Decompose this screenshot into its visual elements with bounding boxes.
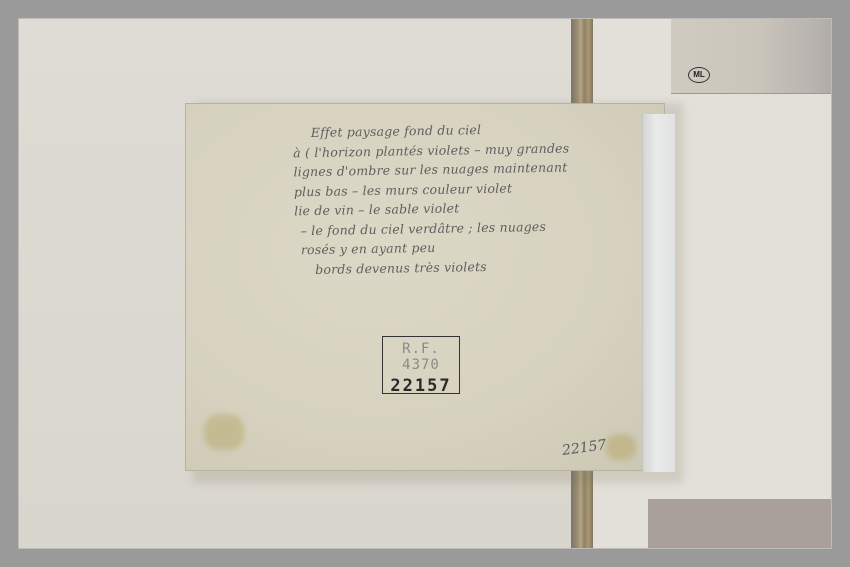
drawing-sheet-verso: Effet paysage fond du ciel à ( l'horizon… (185, 103, 665, 471)
photo-frame: ML Effet paysage fond du ciel à ( l'hori… (18, 18, 832, 549)
collection-mark-stamp: ML (688, 67, 710, 83)
stamp-inventory-number: 22157 (383, 376, 459, 396)
foxing-stain (204, 414, 244, 450)
pencil-inventory-number: 22157 (561, 437, 607, 459)
adjacent-drawing-bottom (648, 499, 832, 549)
handwritten-notes: Effet paysage fond du ciel à ( l'horizon… (293, 117, 676, 280)
adjacent-drawing-top (671, 19, 832, 94)
foxing-stain (606, 434, 636, 460)
inventory-stamp: R.F. 4370 22157 (382, 336, 460, 394)
mounting-strip (642, 114, 675, 472)
stamp-rf-number: R.F. 4370 (383, 341, 459, 373)
